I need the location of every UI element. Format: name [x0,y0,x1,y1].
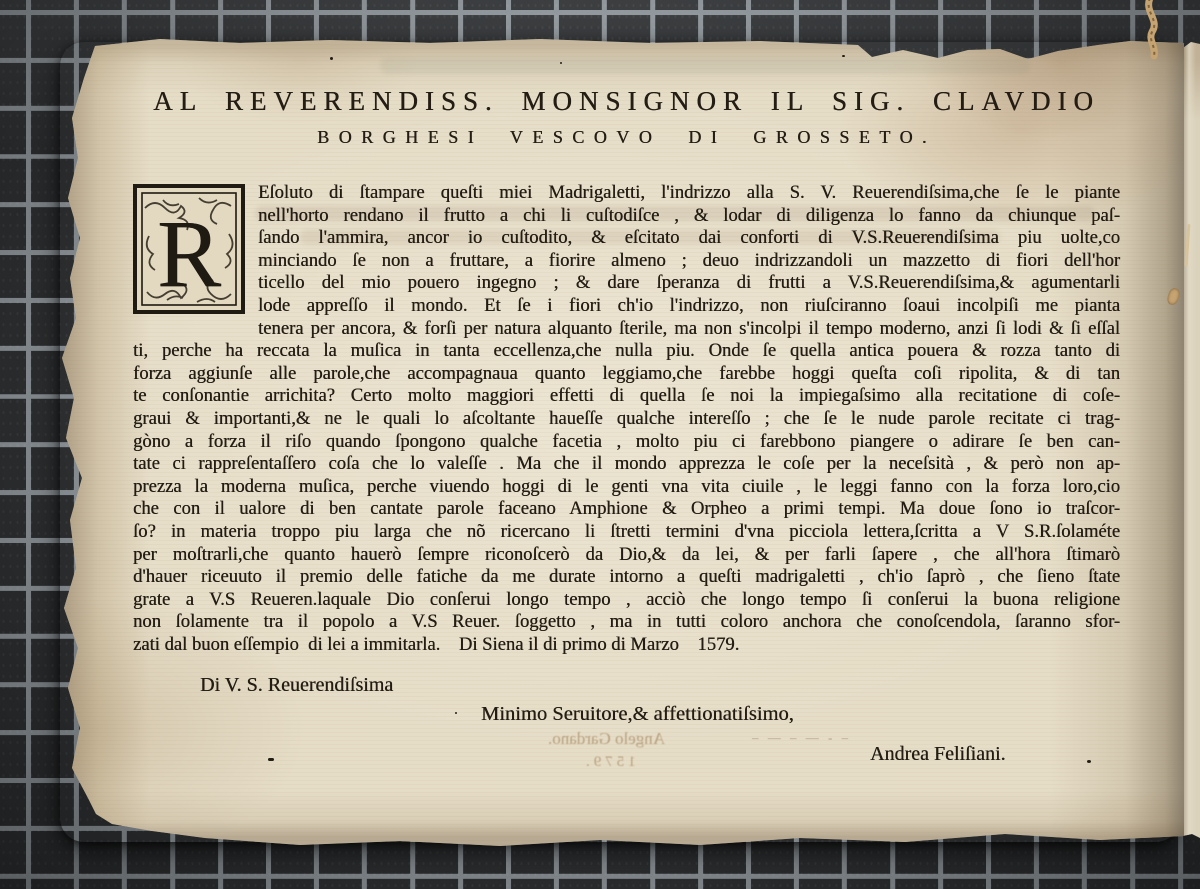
body-line-last: zati dal buon eſſempio di lei a immitarl… [133,634,1120,657]
body-line: lode appreſſo il mondo. Et ſe i fiori ch… [133,295,1120,318]
drop-cap-letter: R [157,200,221,307]
photo-of-1579-dedication-page: AL REVERENDISS. MONSIGNOR IL SIG. CLAVDI… [0,0,1200,889]
body-line: prezza la moderna muſica, perche viuendo… [133,476,1120,499]
closing-servant-line: Minimo Seruitore,& affettionatiſsimo, [481,703,794,726]
body-line: gòno a forza il riſo quando ſpongono qua… [133,431,1120,454]
show-through-smudge [380,58,1030,74]
body-line: per moſtrarli,che quanto hauerò ſempre r… [133,544,1120,567]
show-through-printer-name: Angelo Gardano. [548,729,665,749]
printed-page: AL REVERENDISS. MONSIGNOR IL SIG. CLAVDI… [0,0,1200,889]
body-line: graui & importanti,& ne le quali lo aſco… [133,408,1120,431]
body-line: tenera per ancora, & forſi per natura al… [133,318,1120,341]
body-line: te conſonantie arrichita? Certo molto ma… [133,385,1120,408]
binding-thread [1134,0,1178,60]
body-line: non ſolamente tra il popolo a V.S Reuer.… [133,611,1120,634]
body-line: d'hauer riceuuto il premio delle fatiche… [133,566,1120,589]
body-line: grate a V.S Reueren.laquale Dio conſerui… [133,589,1120,612]
body-line: nell'horto rendano il frutto a chi li cu… [133,205,1120,228]
body-line: tate ci rappreſentaſſero coſa che lo val… [133,453,1120,476]
body-line: forza aggiunſe alle parole,che accompagn… [133,363,1120,386]
ink-speck [842,55,845,57]
ink-speck [560,62,562,64]
body-line: ſo? in materia troppo piu larga che nõ r… [133,521,1120,544]
ink-speck [268,758,274,761]
closing-signature: Andrea Feliſiani. [870,743,1006,766]
body-line: Eſoluto di ſtampare queſti miei Madrigal… [133,182,1120,205]
dedication-heading-line-2: BORGHESI VESCOVO DI GROSSETO. [133,127,1120,148]
closing-salutation: Di V. S. Reuerendiſsima [200,674,393,697]
dedication-body: R Eſoluto di ſtampare queſti miei Madrig… [133,182,1120,656]
dedication-heading-line-1: AL REVERENDISS. MONSIGNOR IL SIG. CLAVDI… [133,86,1120,117]
ink-speck [1087,760,1091,763]
body-line: ſando l'ammira, ancor io cuſtodito, & eſ… [133,227,1120,250]
ink-speck [330,57,333,60]
ink-speck [455,712,457,714]
body-line: ti, perche ha reccata la muſica in tanta… [133,340,1120,363]
woodcut-initial-R: R [133,184,245,314]
faint-pen-dashes: – — – — - – [752,730,851,746]
body-line: che con il ualore di ben cantate parole … [133,498,1120,521]
body-line: ticello del mio pouero ingegno ; & dare … [133,272,1120,295]
body-line: minciando ſe non a fruttare, a fiorire a… [133,250,1120,273]
show-through-year: 1579. [582,754,636,771]
